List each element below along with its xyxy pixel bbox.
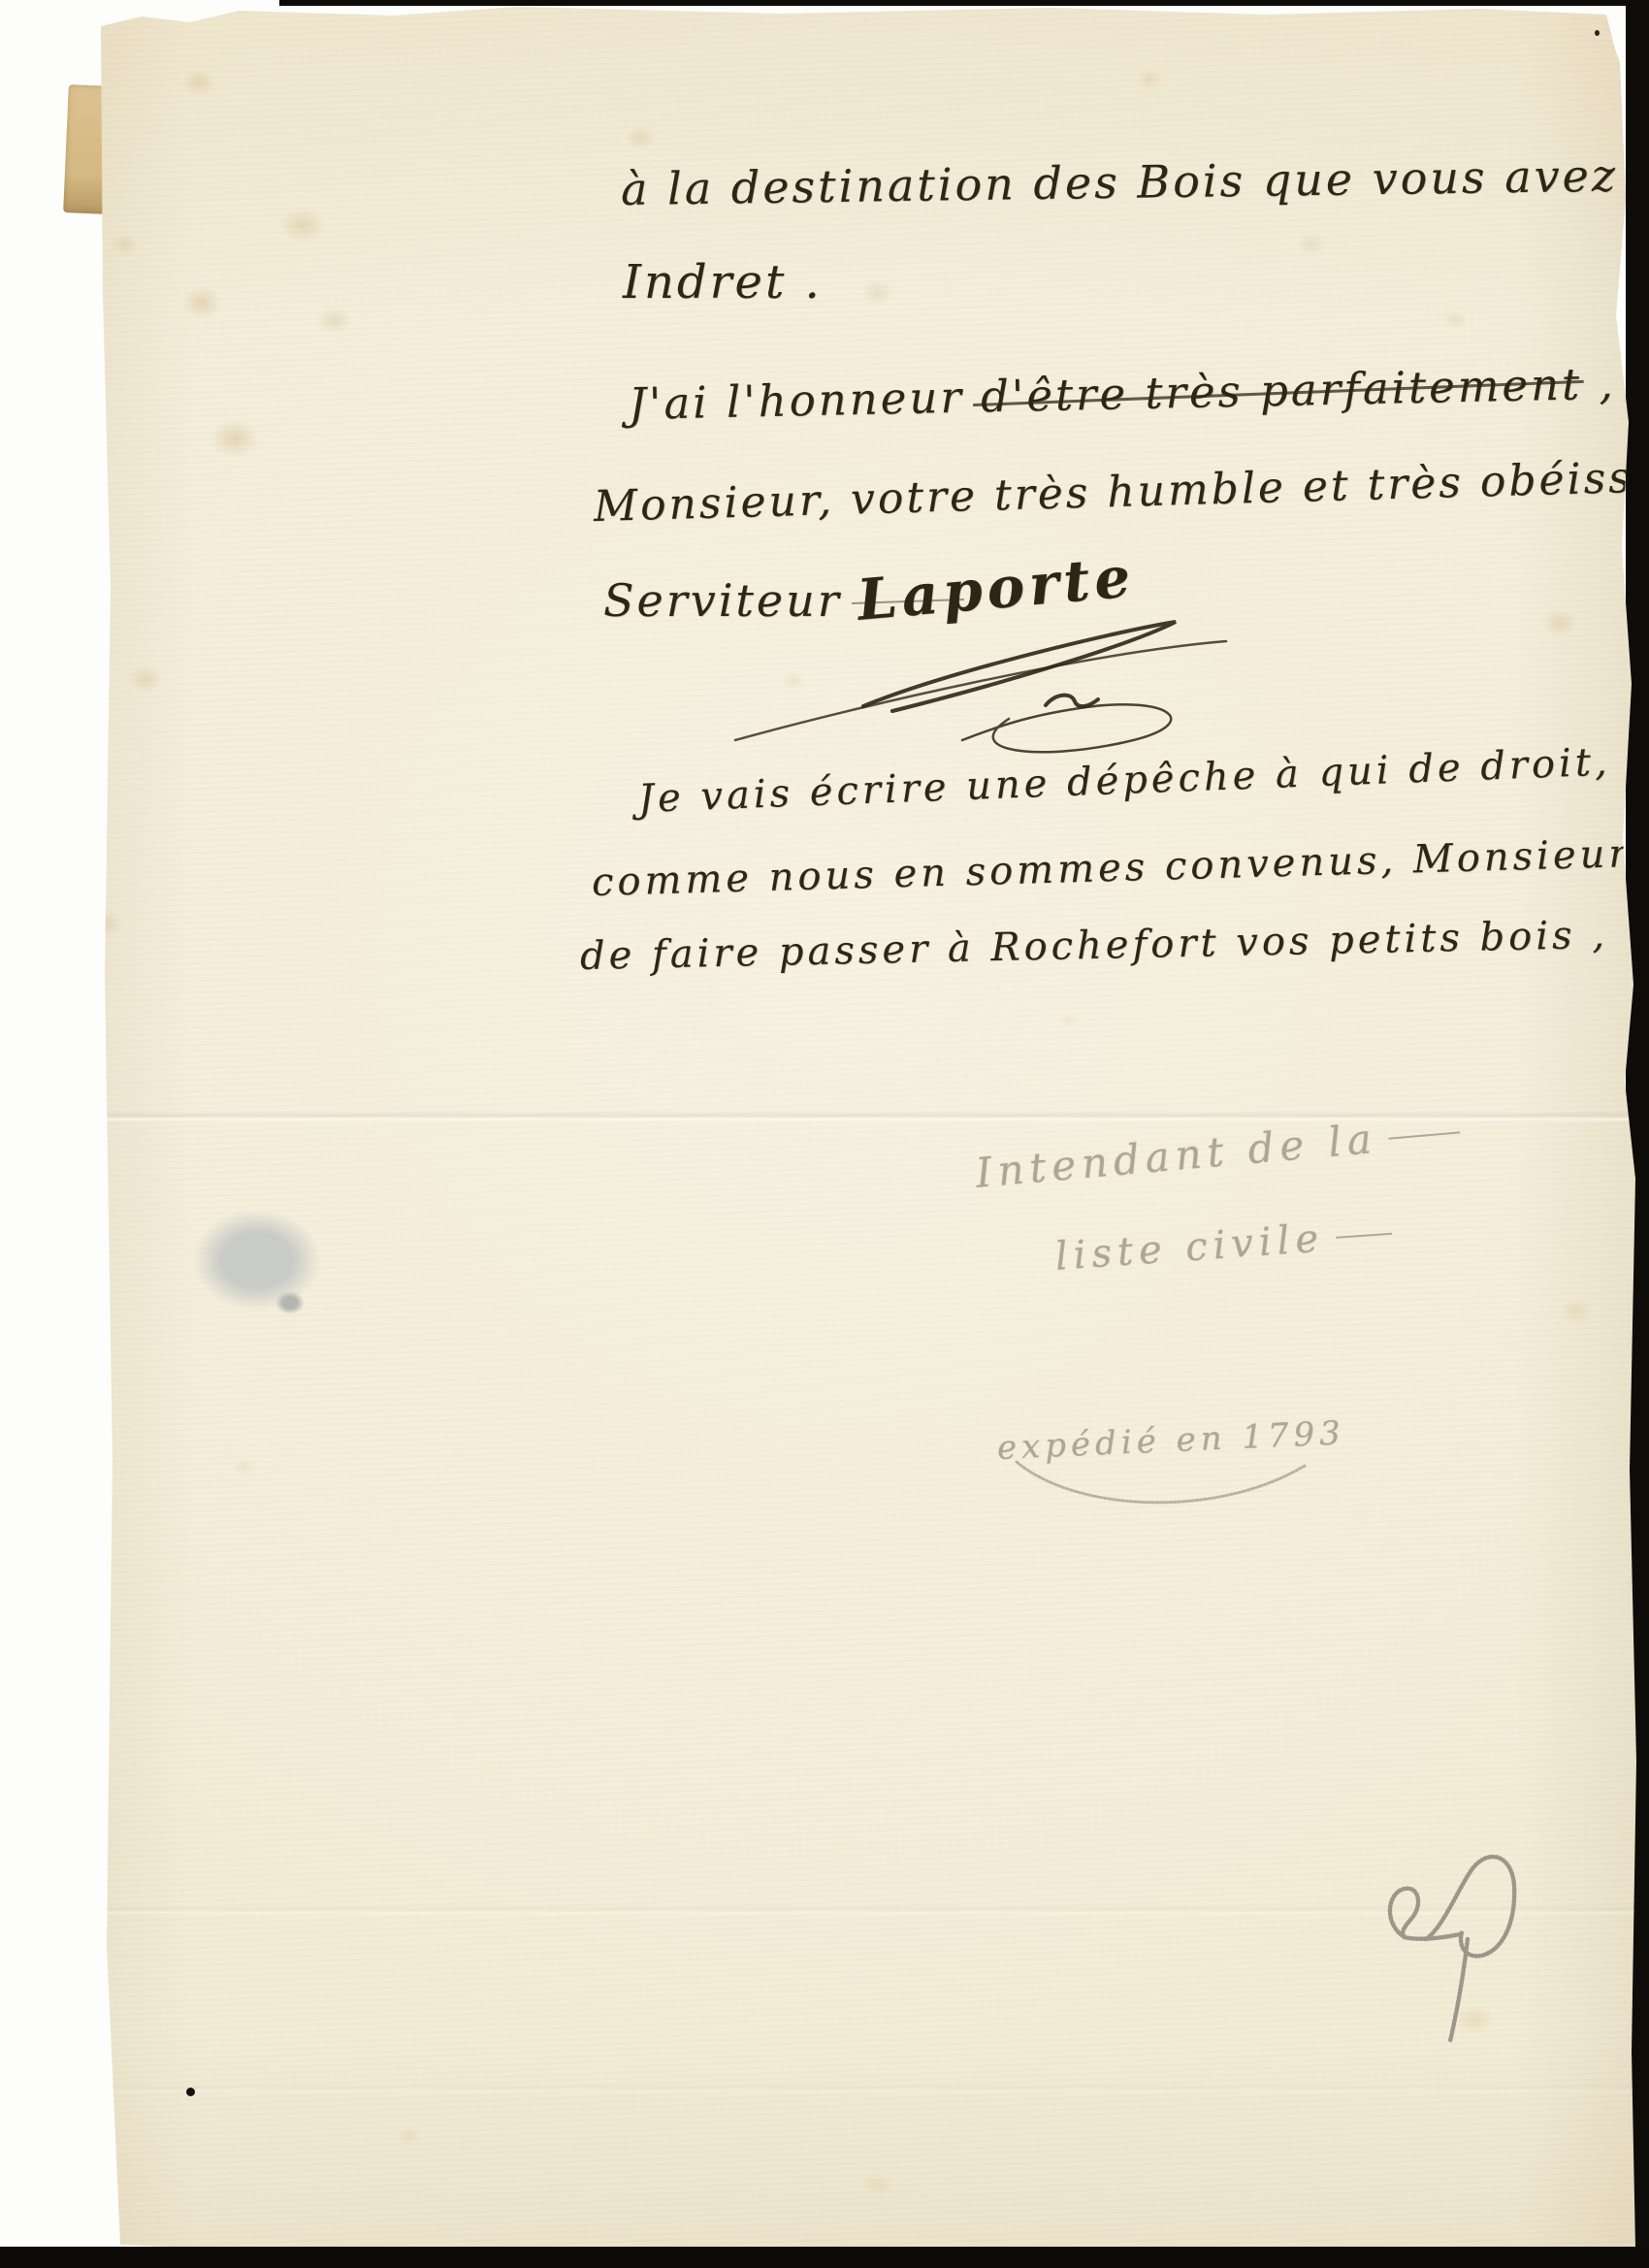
letter-closing-line2: Monsieur, votre très humble et très obéi… — [593, 448, 1649, 532]
pencil-collector-mark — [1366, 1846, 1540, 2055]
pencil-note-line1-text: Intendant de la — [974, 1115, 1379, 1197]
scan-edge-bottom — [0, 2247, 1649, 2268]
postscript-line3: de faire passer à Rochefort vos petits b… — [580, 913, 1609, 979]
closing-prefix: J'ai l'honneur — [628, 371, 981, 430]
closing-punctuation: , — [1581, 358, 1616, 410]
signature-flourish — [718, 614, 1261, 769]
letter-sheet: à la destination des Bois que vous avez … — [101, 5, 1639, 2252]
grey-smudge-small — [275, 1291, 305, 1314]
scan-edge-top — [279, 0, 1649, 6]
pencil-trail-stroke — [1336, 1233, 1392, 1239]
pencil-note-liste-civile: liste civile — [1053, 1212, 1393, 1280]
postscript-line2: comme nous en sommes convenus, Monsieur, — [591, 831, 1643, 905]
letter-closing-line1: J'ai l'honneur d'être très parfaitement … — [628, 358, 1616, 430]
letter-line-destination: à la destination des Bois que vous avez … — [621, 148, 1649, 215]
closing-struck-text: d'être très parfaitement — [981, 358, 1583, 422]
ink-speck — [1595, 30, 1600, 36]
pencil-trail-stroke — [1389, 1131, 1461, 1139]
letter-line-indret: Indret . — [623, 255, 823, 309]
scanned-letter-page: à la destination des Bois que vous avez … — [0, 0, 1649, 2268]
ink-dot — [186, 2088, 195, 2096]
pencil-underline-arc — [1009, 1456, 1329, 1524]
closing-line2-text: Monsieur, votre très humble et très obéi… — [593, 451, 1649, 532]
pencil-note-line2-text: liste civile — [1053, 1216, 1325, 1280]
fold-crease — [101, 2083, 1639, 2094]
